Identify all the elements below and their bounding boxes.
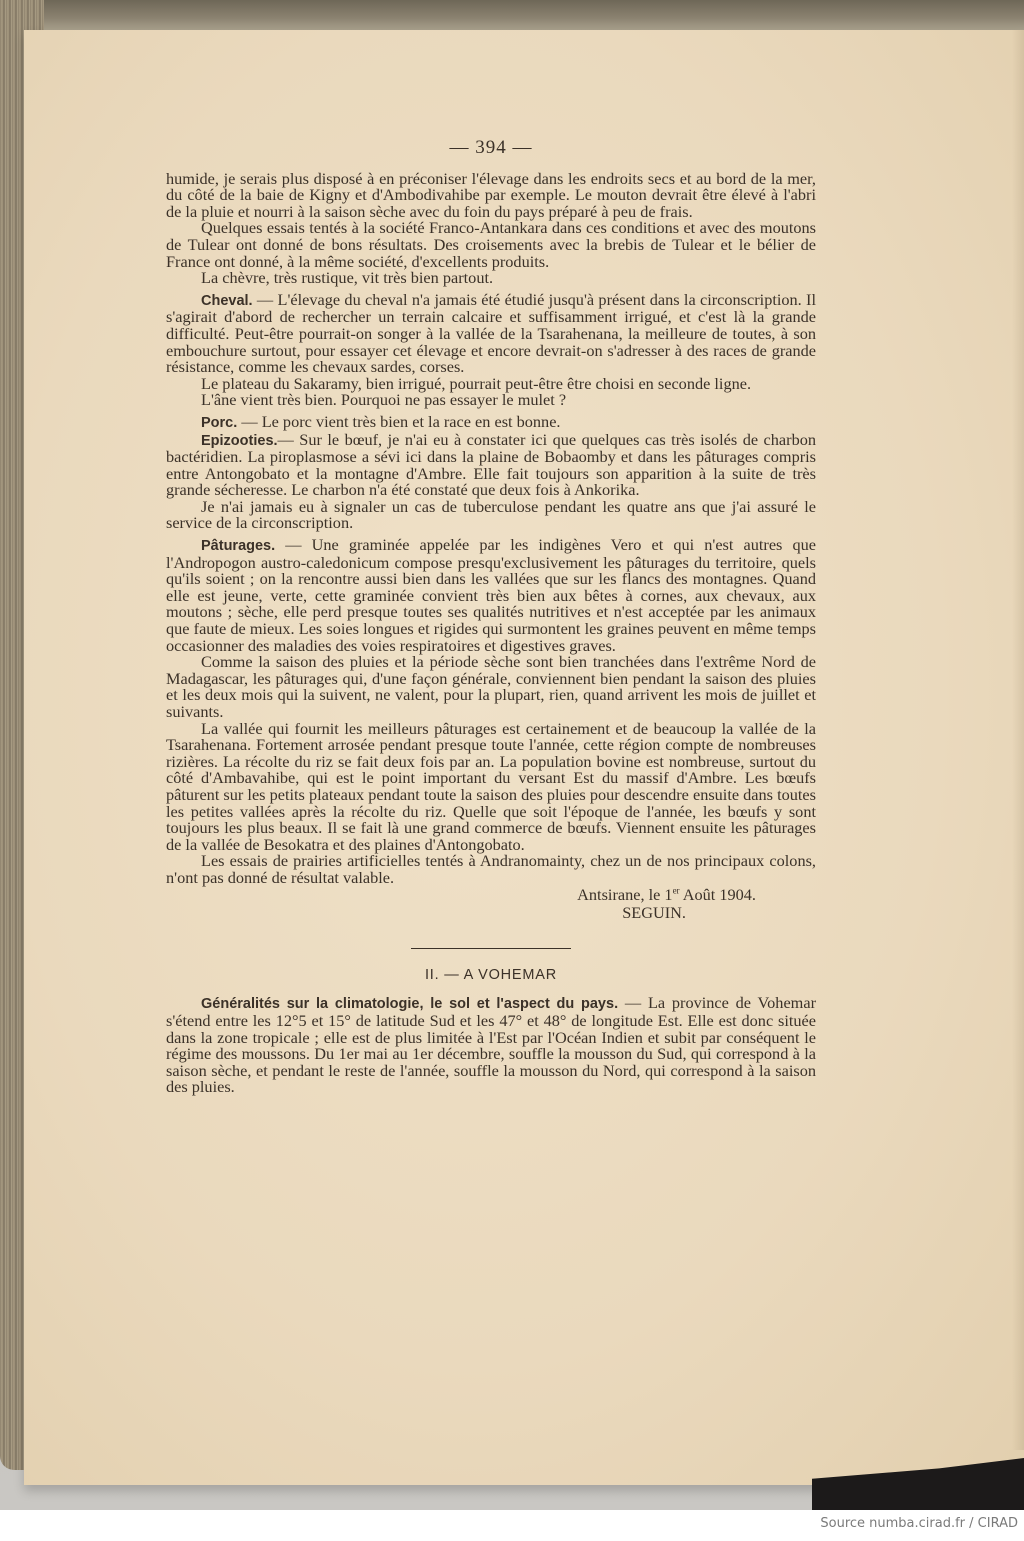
signature-name: SEGUIN. bbox=[166, 905, 816, 922]
heading-generalites: Généralités sur la climatologie, le sol … bbox=[201, 996, 618, 1012]
date-superscript: er bbox=[673, 885, 680, 895]
paragraph: Comme la saison des pluies et la période… bbox=[166, 654, 816, 720]
paragraph-text: — Le porc vient très bien et la race en … bbox=[237, 412, 560, 431]
source-attribution: Source numba.cirad.fr / CIRAD bbox=[820, 1516, 1018, 1531]
book-spine-gutter bbox=[1012, 30, 1024, 1450]
paragraph: Les essais de prairies artificielles ten… bbox=[166, 853, 816, 886]
page-text: — 394 — humide, je serais plus disposé à… bbox=[166, 140, 816, 1096]
paragraph: humide, je serais plus disposé à en préc… bbox=[166, 171, 816, 221]
paragraph: Quelques essais tentés à la société Fran… bbox=[166, 220, 816, 270]
paragraph-epizooties: Epizooties.— Sur le bœuf, je n'ai eu à c… bbox=[166, 432, 816, 499]
heading-porc: Porc. bbox=[201, 415, 237, 431]
page-number: — 394 — bbox=[166, 140, 816, 157]
paragraph-text: — Une graminée appelée par les indigènes… bbox=[166, 535, 816, 655]
section-divider bbox=[411, 948, 571, 949]
paragraph-generalites: Généralités sur la climatologie, le sol … bbox=[166, 995, 816, 1096]
book-top-edge bbox=[0, 0, 1024, 30]
paragraph: La vallée qui fournit les meilleurs pâtu… bbox=[166, 721, 816, 854]
paragraph-text: — L'élevage du cheval n'a jamais été étu… bbox=[166, 290, 816, 376]
paragraph: Je n'ai jamais eu à signaler un cas de t… bbox=[166, 499, 816, 532]
paragraph-cheval: Cheval. — L'élevage du cheval n'a jamais… bbox=[166, 292, 816, 376]
heading-paturages: Pâturages. bbox=[201, 538, 275, 554]
paragraph: La chèvre, très rustique, vit très bien … bbox=[166, 270, 816, 287]
heading-cheval: Cheval. bbox=[201, 293, 253, 309]
signature-place-date: Antsirane, le 1er Août 1904. bbox=[166, 887, 816, 904]
heading-epizooties: Epizooties. bbox=[201, 433, 278, 449]
section-title: II. — A VOHEMAR bbox=[166, 967, 816, 984]
paragraph: L'âne vient très bien. Pourquoi ne pas e… bbox=[166, 392, 816, 409]
date-text: Antsirane, le 1 bbox=[577, 885, 672, 904]
paragraph-paturages: Pâturages. — Une graminée appelée par le… bbox=[166, 537, 816, 654]
date-text: Août 1904. bbox=[680, 885, 756, 904]
